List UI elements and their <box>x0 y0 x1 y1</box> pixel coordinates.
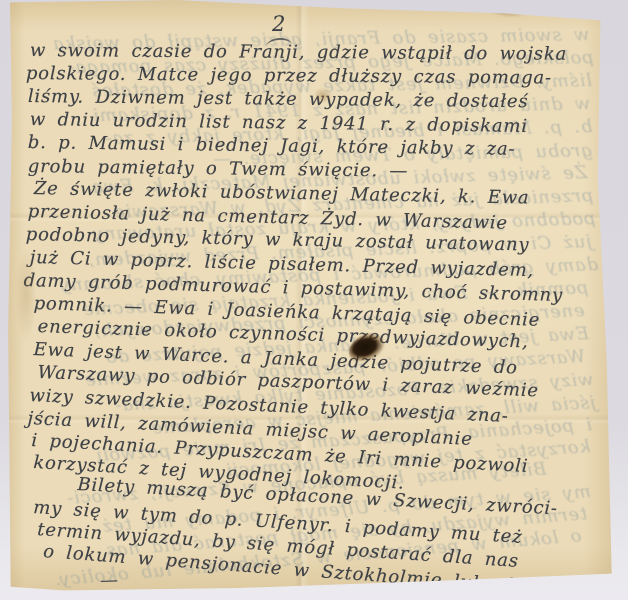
handwriting-line: liśmy. Dziwnem jest także wypadek, że do… <box>28 86 529 112</box>
handwriting-line: b. p. Mamusi i biednej Jagi, które jakby… <box>28 132 516 160</box>
handwriting-line: polskiego. Matce jego przez dłuższy czas… <box>26 63 552 89</box>
stain-small <box>314 88 332 103</box>
handwriting-line: w swoim czasie do Franji, gdzie wstąpił … <box>30 40 567 65</box>
handwriting-layer: w swoim czasie do Franji, gdzie wstąpił … <box>0 0 628 600</box>
pen-mark-bottom: — <box>100 570 119 592</box>
stain-left-edge <box>16 250 36 340</box>
handwriting-line: grobu pamiętały o Twem święcie. — <box>28 156 409 182</box>
scan-background: w swoim czasie do Franji, gdzie wstąpił … <box>0 0 628 600</box>
letter-paper: w swoim czasie do Franji, gdzie wstąpił … <box>0 0 628 600</box>
